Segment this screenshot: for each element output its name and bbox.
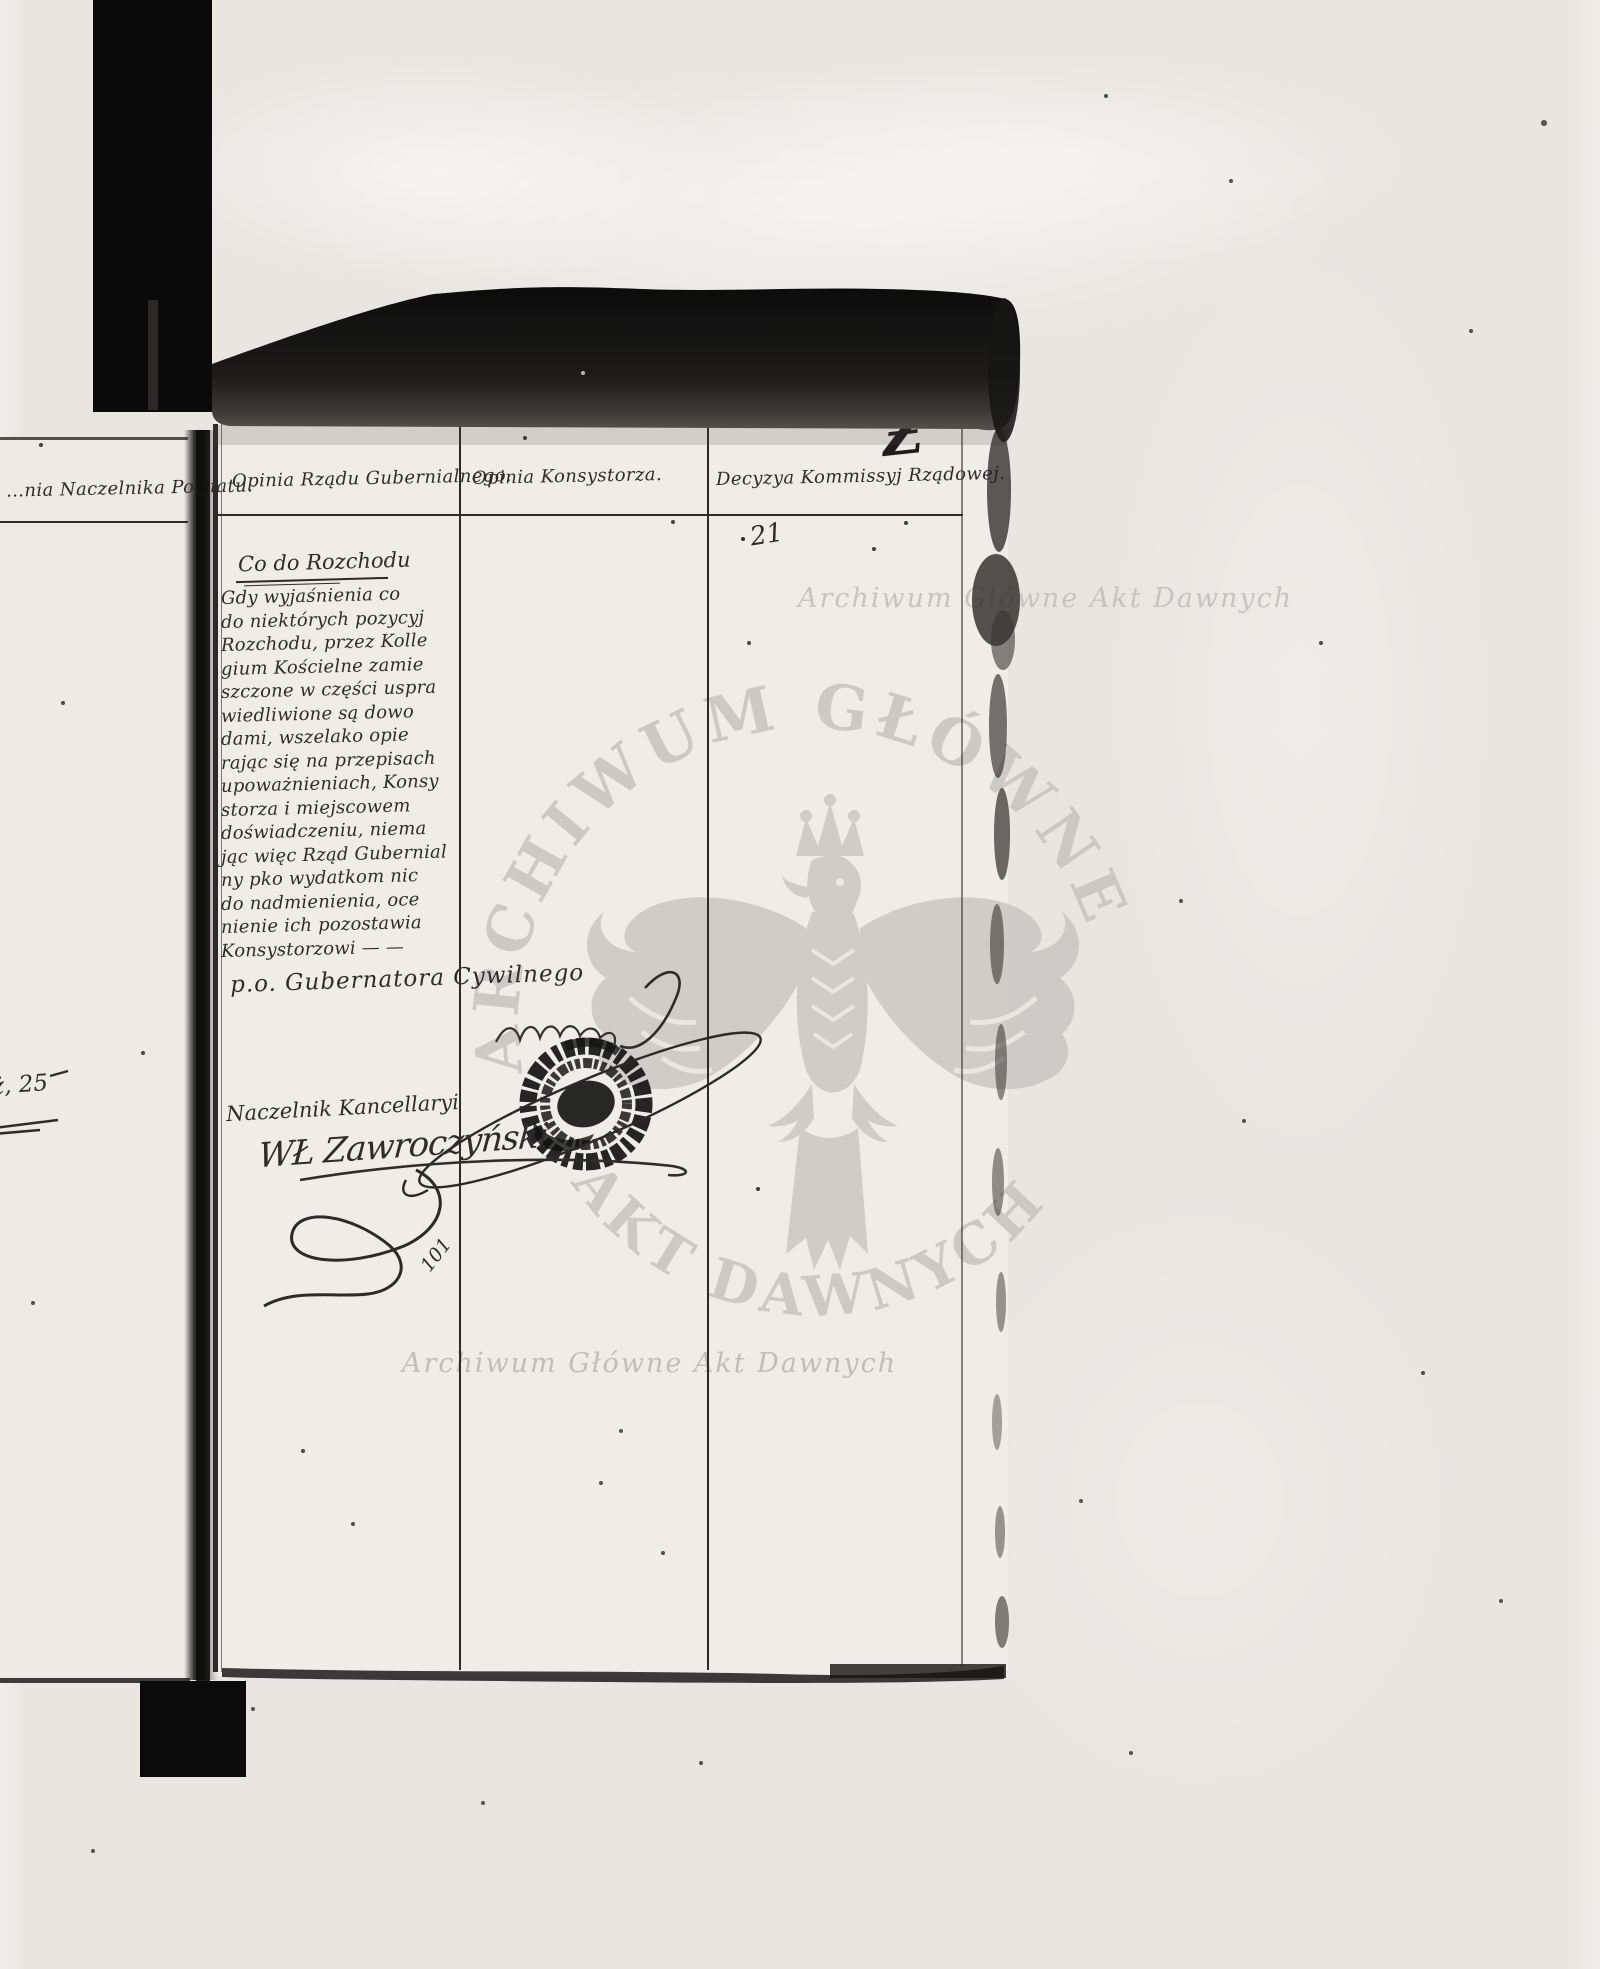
watermark-text-lower: Archiwum Główne Akt Dawnych	[402, 1348, 897, 1379]
left-partial-page	[0, 440, 190, 1680]
table-left-border	[213, 424, 218, 1672]
dust-specks	[0, 0, 2, 2]
table-right-border	[961, 428, 963, 1666]
film-strip	[93, 0, 212, 412]
left-page-top-edge	[0, 437, 188, 440]
film-block-bottom	[140, 1681, 246, 1777]
left-page-fragment: ż, 25	[0, 1070, 49, 1100]
watermark-text-upper: Archiwum Główne Akt Dawnych	[798, 583, 1293, 614]
entry-heading: Co do Rozchodu	[238, 548, 411, 577]
folio-mark: Ƶ	[879, 400, 927, 470]
column-divider-2	[707, 424, 709, 1670]
archival-scan: ARCHIWUM GŁÓWNE AKT DAWNYCH Archiwum Głó…	[0, 0, 1600, 1969]
left-page-header-underline	[0, 521, 188, 523]
header-underline	[217, 514, 963, 516]
page-number: 21	[748, 518, 785, 553]
header-consistory-opinion: Opinia Konsystorza.	[472, 464, 662, 489]
